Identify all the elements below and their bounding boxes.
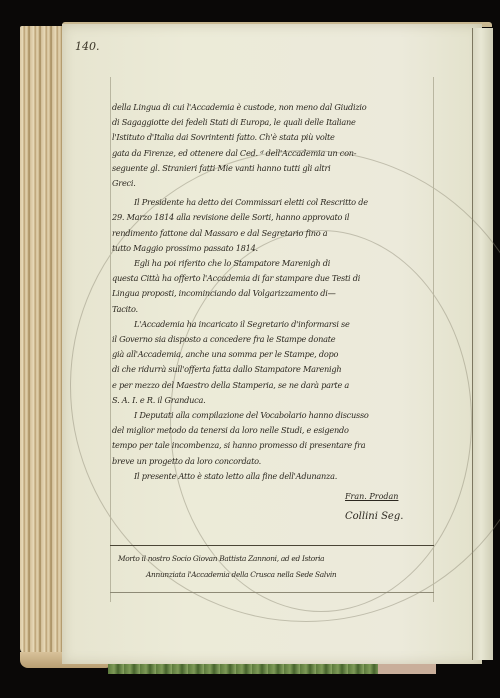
text-line: il Governo sia disposto a concedere fra … <box>112 332 432 347</box>
text-line: tempo per tale incombenza, si hanno prom… <box>112 438 432 453</box>
signature-secretary: Collini Seg. <box>345 511 455 522</box>
text-line: tutto Maggio prossimo passato 1814. <box>112 241 432 256</box>
text-line: S. A. I. e R. il Granduca. <box>112 393 432 408</box>
text-line: 29. Marzo 1814 alla revisione delle Sort… <box>112 210 432 225</box>
note-divider-bottom <box>110 592 434 593</box>
note-line: Annunziata l'Accademia della Crusca nell… <box>118 567 434 583</box>
stacked-page-edges <box>20 26 64 654</box>
text-line: Egli ha poi riferito che lo Stampatore M… <box>112 256 432 271</box>
paper-strip-edge <box>378 664 436 674</box>
text-line: Tacito. <box>112 302 432 317</box>
manuscript-text: della Lingua di cui l'Accademia è custod… <box>112 100 432 484</box>
text-line: questa Città ha offerto l'Accademia di f… <box>112 271 432 286</box>
note-line: Morto il nostro Socio Giovan Battista Za… <box>118 551 434 567</box>
text-line: e per mezzo del Maestro della Stamperia,… <box>112 378 432 393</box>
text-line: I Deputati alla compilazione del Vocabol… <box>112 408 432 423</box>
text-line: di che ridurrà sull'offerta fatta dallo … <box>112 362 432 377</box>
closing-line: Il presente Atto è stato letto alla fine… <box>112 469 432 484</box>
adjacent-leaf <box>472 28 493 660</box>
marbled-bottom-edge <box>108 664 378 674</box>
text-line: l'Istituto d'Italia dai Sovrintenti fatt… <box>112 130 432 145</box>
signature-president: Fran. Prodan <box>345 492 455 501</box>
text-line: Lingua proposti, incominciando dal Volga… <box>112 286 432 301</box>
text-line: L'Accademia ha incaricato il Segretario … <box>112 317 432 332</box>
page-number: 140. <box>75 40 100 53</box>
text-line: breve un progetto da loro concordato. <box>112 454 432 469</box>
text-line: Il Presidente ha detto dei Commissari el… <box>112 195 432 210</box>
margin-note: Morto il nostro Socio Giovan Battista Za… <box>118 551 434 583</box>
text-line: di Sagaggiotte dei fedeli Stati di Europ… <box>112 115 432 130</box>
text-line: Greci. <box>112 176 432 191</box>
text-line: già all'Accademia, anche una somma per l… <box>112 347 432 362</box>
text-line: del miglior metodo da tenersi da loro ne… <box>112 423 432 438</box>
text-line: rendimento fattone dal Massaro e dal Seg… <box>112 226 432 241</box>
signature-block: Fran. Prodan Collini Seg. <box>345 492 455 522</box>
text-line: seguente gl. Stranieri fatti Mie vanti h… <box>112 161 432 176</box>
note-divider-top <box>110 545 434 546</box>
text-line: della Lingua di cui l'Accademia è custod… <box>112 100 432 115</box>
text-line: gata da Firenze, ed ottenere dal Ced. ᵈ … <box>112 146 432 161</box>
